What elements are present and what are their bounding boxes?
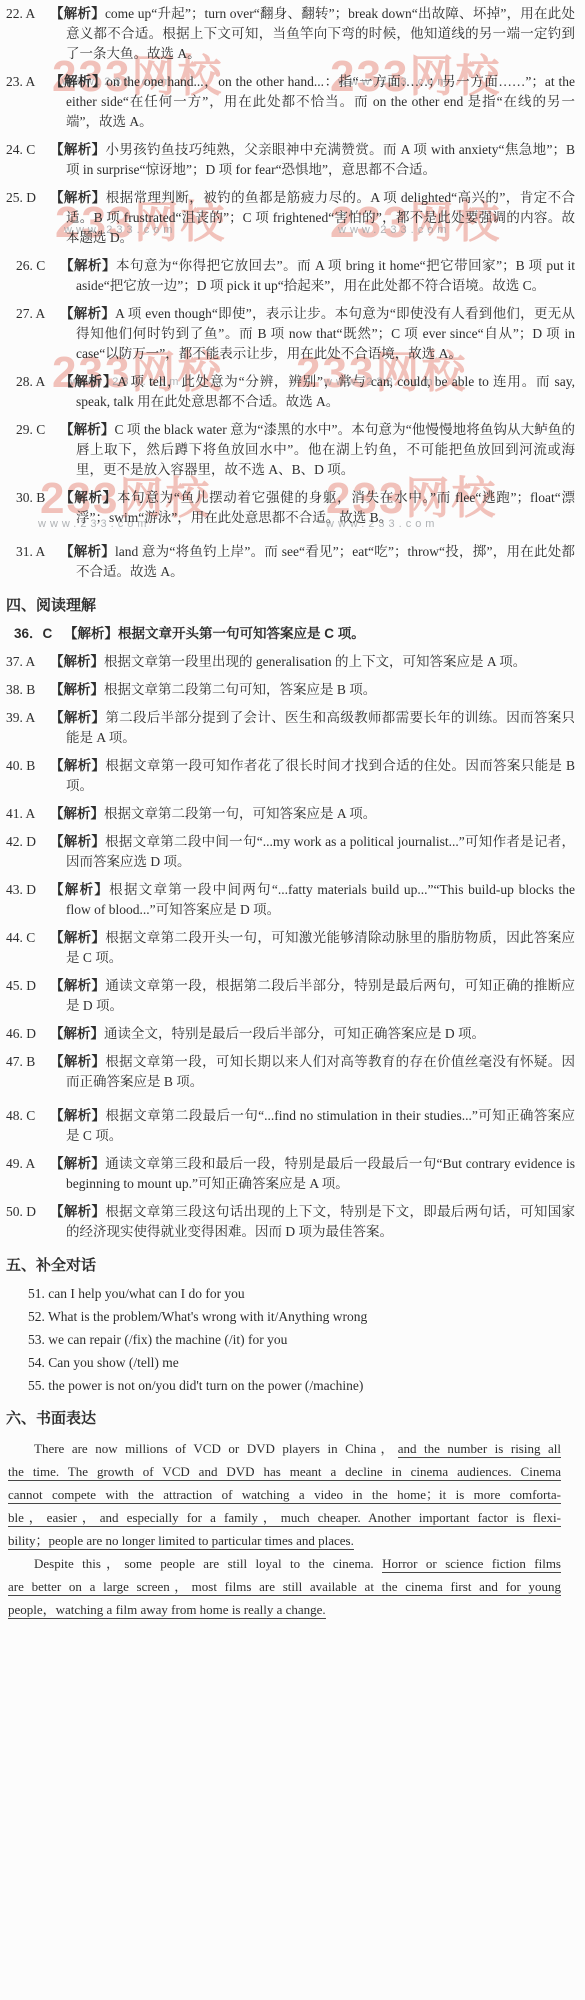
dialogue-answer-52: 52. What is the problem/What's wrong wit… <box>28 1307 575 1326</box>
analysis-marker: 【解析】 <box>50 74 106 89</box>
question-number-answer: 49. A <box>6 1154 50 1194</box>
essay-text: There are now millions of VCD or DVD pla… <box>34 1441 398 1456</box>
essay-underlined-text: cannot compete with the attraction of wa… <box>8 1487 561 1504</box>
explanation-text: 小男孩钓鱼技巧纯熟，父亲眼神中充满赞赏。而 A 项 with anxiety“焦… <box>66 142 575 177</box>
explanation-item-50: 50. D 【解析】根据文章第三段这句话出现的上下文，特别是下文，即最后两句话，… <box>6 1202 575 1242</box>
answer-key-page: 233网校 233网校 www.233.com www.233.com 233网… <box>0 0 585 2000</box>
explanation-text: C 项 the black water 意为“漆黑的水中”。本句意为“他慢慢地将… <box>76 422 575 477</box>
explanation-item-23: 23. A 【解析】on the one hand...，on the othe… <box>6 72 575 132</box>
question-number-answer: 27. A <box>16 304 60 364</box>
explanation-text: 根据文章第一段可知作者花了很长时间才找到合适的住处。因而答案只能是 B 项。 <box>66 758 575 793</box>
essay-line: ble，easier，and especially for a family，m… <box>8 1506 561 1529</box>
question-number-answer: 44. C <box>6 928 50 968</box>
explanation-text: 根据文章第二段开头一句，可知激光能够清除动脉里的脂肪物质，因此答案应是 C 项。 <box>66 930 575 965</box>
explanation-item-48: 48. C 【解析】根据文章第二段最后一句“...find no stimula… <box>6 1106 575 1146</box>
explanation-text: 本句意为“你得把它放回去”。而 A 项 bring it home“把它带回家”… <box>76 258 575 293</box>
question-number-answer: 48. C <box>6 1106 50 1146</box>
analysis-marker: 【解析】 <box>50 654 104 669</box>
question-number-answer: 36．C <box>14 624 64 644</box>
question-number-answer: 26. C <box>16 256 60 296</box>
question-number-answer: 24. C <box>6 140 50 180</box>
essay-underlined-text: Horror or science fiction films <box>382 1556 561 1573</box>
section-title-dialogue: 五、补全对话 <box>6 1256 575 1276</box>
analysis-marker: 【解析】 <box>50 1108 106 1123</box>
essay-line: Despite this，some people are still loyal… <box>8 1552 561 1575</box>
analysis-marker: 【解析】 <box>60 544 115 559</box>
dialogue-answer-54: 54. Can you show (/tell) me <box>28 1353 575 1372</box>
essay-underlined-text: people，watching a film away from home is… <box>8 1602 326 1619</box>
explanation-item-22: 22. A 【解析】come up“升起”；turn over“翻身、翻转”；b… <box>6 4 575 64</box>
analysis-marker: 【解析】 <box>50 1054 105 1069</box>
essay-underlined-text: are better on a large screen，most films … <box>8 1579 561 1596</box>
essay-underlined-text: bility；people are no longer limited to p… <box>8 1533 354 1550</box>
analysis-marker: 【解析】 <box>50 930 105 945</box>
analysis-marker: 【解析】 <box>64 626 118 641</box>
explanation-text: 根据文章第二段第二句可知，答案应是 B 项。 <box>104 682 376 697</box>
explanation-text: 根据文章第一段中间两句“...fatty materials build up.… <box>66 882 575 917</box>
question-number-answer: 46. D <box>6 1024 50 1044</box>
explanation-item-44: 44. C 【解析】根据文章第二段开头一句，可知激光能够清除动脉里的脂肪物质，因… <box>6 928 575 968</box>
document-content: 22. A 【解析】come up“升起”；turn over“翻身、翻转”；b… <box>0 0 585 1621</box>
question-number-answer: 42. D <box>6 832 50 872</box>
question-number-answer: 28. A <box>16 372 60 412</box>
question-number-answer: 41. A <box>6 804 50 824</box>
essay-underlined-text: ble，easier，and especially for a family，m… <box>8 1510 561 1527</box>
analysis-marker: 【解析】 <box>60 374 117 389</box>
analysis-marker: 【解析】 <box>50 6 105 21</box>
explanation-text: 通读文章第一段，根据第二段后半部分，特别是最后两句，可知正确的推断应是 D 项。 <box>66 978 575 1013</box>
analysis-marker: 【解析】 <box>60 258 116 273</box>
explanation-text: 第二段后半部分提到了会计、医生和高级教师都需要长年的训练。因而答案只能是 A 项… <box>66 710 575 745</box>
question-number-answer: 40. B <box>6 756 50 796</box>
explanation-text: 根据文章第二段第一句，可知答案应是 A 项。 <box>104 806 376 821</box>
dialogue-answer-51: 51. can I help you/what can I do for you <box>28 1284 575 1303</box>
question-number-answer: 37. A <box>6 652 50 672</box>
section-title-reading: 四、阅读理解 <box>6 596 575 616</box>
analysis-marker: 【解析】 <box>60 306 115 321</box>
essay-underlined-text: the time. The growth of VCD and DVD has … <box>8 1464 561 1481</box>
analysis-marker: 【解析】 <box>50 806 104 821</box>
question-number-answer: 30. B <box>16 488 60 528</box>
analysis-marker: 【解析】 <box>50 1026 104 1041</box>
explanation-item-28: 28. A 【解析】A 项 tell，此处意为“分辨，辨别”，常与 can, c… <box>16 372 575 412</box>
analysis-marker: 【解析】 <box>60 490 117 505</box>
explanation-text: A 项 even though“即使”，表示让步。本句意为“即使没有人看到他们，… <box>76 306 575 361</box>
explanation-item-30: 30. B 【解析】本句意为“鱼儿摆动着它强健的身躯，消失在水中。”而 flee… <box>16 488 575 528</box>
explanation-item-25: 25. D 【解析】根据常理判断，被钓的鱼都是筋疲力尽的。A 项 delight… <box>6 188 575 248</box>
analysis-marker: 【解析】 <box>50 142 106 157</box>
question-number-answer: 47. B <box>6 1052 50 1092</box>
essay-line: cannot compete with the attraction of wa… <box>8 1483 561 1506</box>
explanation-text: 根据文章第二段中间一句“...my work as a political jo… <box>66 834 575 869</box>
question-number-answer: 50. D <box>6 1202 50 1242</box>
explanation-text: come up“升起”；turn over“翻身、翻转”；break down“… <box>66 6 575 61</box>
explanation-text: 根据常理判断，被钓的鱼都是筋疲力尽的。A 项 delighted“高兴的”，肯定… <box>66 190 575 245</box>
explanation-text: 本句意为“鱼儿摆动着它强健的身躯，消失在水中。”而 flee“逃跑”；float… <box>76 490 575 525</box>
explanation-item-46: 46. D 【解析】通读全文，特别是最后一段后半部分，可知正确答案应是 D 项。 <box>6 1024 575 1044</box>
essay-line: are better on a large screen，most films … <box>8 1575 561 1598</box>
explanation-text: land 意为“将鱼钓上岸”。而 see“看见”；eat“吃”；throw“投，… <box>76 544 575 579</box>
explanation-item-27: 27. A 【解析】A 项 even though“即使”，表示让步。本句意为“… <box>16 304 575 364</box>
analysis-marker: 【解析】 <box>50 882 109 897</box>
explanation-item-37: 37. A 【解析】根据文章第一段里出现的 generalisation 的上下… <box>6 652 575 672</box>
analysis-marker: 【解析】 <box>50 978 105 993</box>
analysis-marker: 【解析】 <box>50 190 106 205</box>
explanation-text: on the one hand...，on the other hand...：… <box>66 74 575 129</box>
explanation-text: 通读全文，特别是最后一段后半部分，可知正确答案应是 D 项。 <box>104 1026 485 1041</box>
explanation-item-47: 47. B 【解析】根据文章第一段，可知长期以来人们对高等教育的存在价值丝毫没有… <box>6 1052 575 1092</box>
explanation-item-29: 29. C 【解析】C 项 the black water 意为“漆黑的水中”。… <box>16 420 575 480</box>
explanation-text: 根据文章开头第一句可知答案应是 C 项。 <box>118 626 365 641</box>
question-number-answer: 25. D <box>6 188 50 248</box>
analysis-marker: 【解析】 <box>50 682 104 697</box>
dialogue-answer-55: 55. the power is not on/you did't turn o… <box>28 1376 575 1395</box>
explanation-item-43: 43. D 【解析】根据文章第一段中间两句“...fatty materials… <box>6 880 575 920</box>
explanation-item-26: 26. C 【解析】本句意为“你得把它放回去”。而 A 项 bring it h… <box>16 256 575 296</box>
explanation-item-41: 41. A 【解析】根据文章第二段第一句，可知答案应是 A 项。 <box>6 804 575 824</box>
analysis-marker: 【解析】 <box>60 422 114 437</box>
question-number-answer: 43. D <box>6 880 50 920</box>
explanation-item-39: 39. A 【解析】第二段后半部分提到了会计、医生和高级教师都需要长年的训练。因… <box>6 708 575 748</box>
analysis-marker: 【解析】 <box>50 758 105 773</box>
model-essay: There are now millions of VCD or DVD pla… <box>6 1437 575 1621</box>
section-title-writing: 六、书面表达 <box>6 1409 575 1429</box>
explanation-item-42: 42. D 【解析】根据文章第二段中间一句“...my work as a po… <box>6 832 575 872</box>
essay-underlined-text: and the number is rising all <box>398 1441 561 1458</box>
essay-line: There are now millions of VCD or DVD pla… <box>8 1437 561 1460</box>
question-number-answer: 29. C <box>16 420 60 480</box>
explanation-text: 根据文章第二段最后一句“...find no stimulation in th… <box>66 1108 575 1143</box>
analysis-marker: 【解析】 <box>50 834 105 849</box>
question-number-answer: 38. B <box>6 680 50 700</box>
analysis-marker: 【解析】 <box>50 1156 105 1171</box>
question-number-answer: 45. D <box>6 976 50 1016</box>
explanation-item-31: 31. A 【解析】land 意为“将鱼钓上岸”。而 see“看见”；eat“吃… <box>16 542 575 582</box>
explanation-text: A 项 tell，此处意为“分辨，辨别”，常与 can, could, be a… <box>76 374 575 409</box>
explanation-item-36: 36．C 【解析】根据文章开头第一句可知答案应是 C 项。 <box>14 624 575 644</box>
dialogue-answer-53: 53. we can repair (/fix) the machine (/i… <box>28 1330 575 1349</box>
analysis-marker: 【解析】 <box>50 1204 105 1219</box>
essay-line: people，watching a film away from home is… <box>8 1598 561 1621</box>
question-number-answer: 22. A <box>6 4 50 64</box>
question-number-answer: 23. A <box>6 72 50 132</box>
essay-line: the time. The growth of VCD and DVD has … <box>8 1460 561 1483</box>
explanation-text: 根据文章第一段里出现的 generalisation 的上下文，可知答案应是 A… <box>104 654 526 669</box>
explanation-item-49: 49. A 【解析】通读文章第三段和最后一段，特别是最后一段最后一句“But c… <box>6 1154 575 1194</box>
question-number-answer: 39. A <box>6 708 50 748</box>
essay-line: bility；people are no longer limited to p… <box>8 1529 561 1552</box>
explanation-text: 通读文章第三段和最后一段，特别是最后一段最后一句“But contrary ev… <box>66 1156 575 1191</box>
explanation-text: 根据文章第一段，可知长期以来人们对高等教育的存在价值丝毫没有怀疑。因而正确答案应… <box>66 1054 575 1089</box>
explanation-item-24: 24. C 【解析】小男孩钓鱼技巧纯熟，父亲眼神中充满赞赏。而 A 项 with… <box>6 140 575 180</box>
question-number-answer: 31. A <box>16 542 60 582</box>
explanation-text: 根据文章第三段这句话出现的上下文，特别是下文，即最后两句话，可知国家的经济现实使… <box>66 1204 575 1239</box>
explanation-item-45: 45. D 【解析】通读文章第一段，根据第二段后半部分，特别是最后两句，可知正确… <box>6 976 575 1016</box>
explanation-item-40: 40. B 【解析】根据文章第一段可知作者花了很长时间才找到合适的住处。因而答案… <box>6 756 575 796</box>
explanation-item-38: 38. B 【解析】根据文章第二段第二句可知，答案应是 B 项。 <box>6 680 575 700</box>
analysis-marker: 【解析】 <box>50 710 105 725</box>
essay-text: Despite this，some people are still loyal… <box>34 1556 382 1571</box>
